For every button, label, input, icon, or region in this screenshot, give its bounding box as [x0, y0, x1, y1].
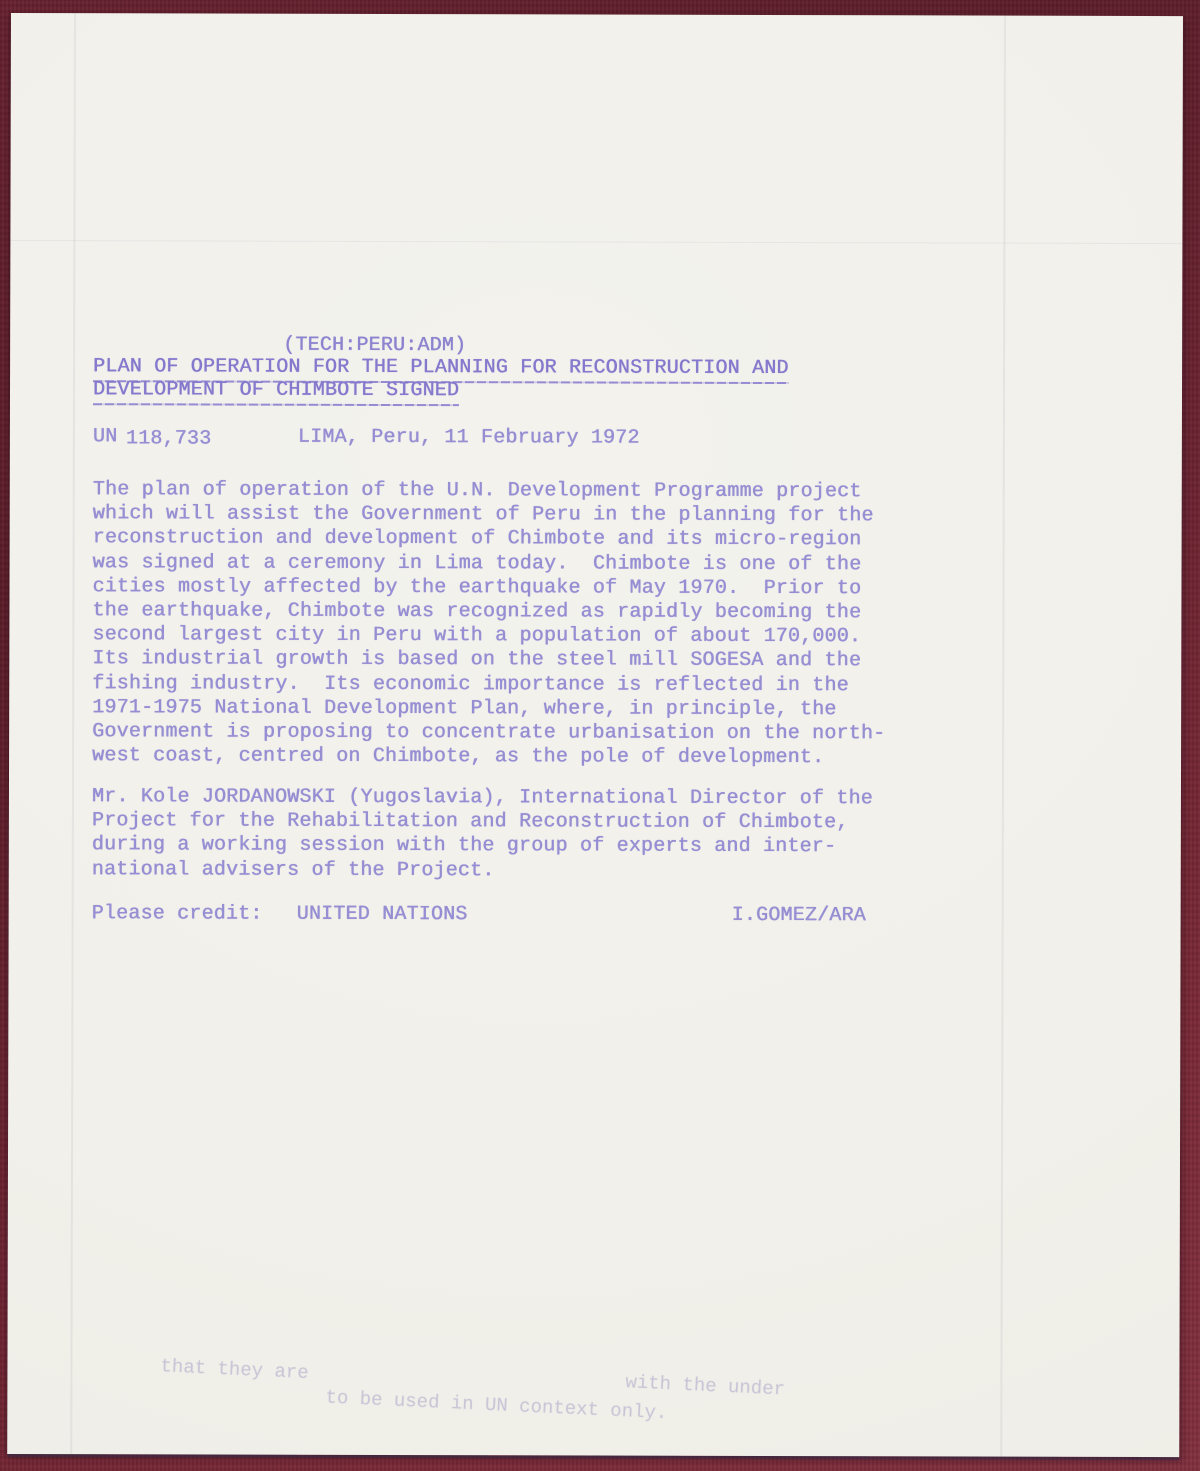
dateline: LIMA, Peru, 11 February 1972	[298, 426, 640, 451]
scanner-streak-right	[1000, 16, 1006, 1457]
caption-paragraph-2: Mr. Kole JORDANOWSKI (Yugoslavia), Inter…	[92, 785, 873, 884]
photographer-credit: I.GOMEZ/ARA	[732, 904, 866, 929]
photo-number-label: UN	[93, 425, 117, 449]
credit-label: Please credit:	[92, 902, 263, 927]
credit-row: Please credit: UNITED NATIONS I.GOMEZ/AR…	[92, 902, 912, 930]
photo-number-dateline-row: UN 118,733 LIMA, Peru, 11 February 1972	[93, 425, 913, 453]
caption-title-line-2: DEVELOPMENT OF CHIMBOTE SIGNED	[93, 378, 459, 406]
credit-agency: UNITED NATIONS	[297, 903, 468, 928]
paper-crease	[10, 240, 1182, 244]
faint-stamp-fragment-2: with the under	[625, 1371, 785, 1400]
typed-caption-text: (TECH:PERU:ADM) PLAN OF OPERATION FOR TH…	[94, 13, 914, 15]
scanner-streak-left	[70, 13, 76, 1454]
photo-number: 118,733	[126, 427, 211, 451]
photo-mat-background: { "caption_sheet": { "classification_tag…	[0, 0, 1200, 1471]
caption-title-text-2: DEVELOPMENT OF CHIMBOTE SIGNED	[93, 378, 459, 406]
faint-stamp-fragment-1: that they are	[160, 1355, 309, 1384]
faint-stamp-fragment-3: to be used in UN context only.	[325, 1386, 668, 1424]
caption-sheet: (TECH:PERU:ADM) PLAN OF OPERATION FOR TH…	[7, 13, 1183, 1457]
classification-tag: (TECH:PERU:ADM)	[283, 334, 466, 359]
caption-paragraph-1: The plan of operation of the U.N. Develo…	[92, 478, 886, 771]
